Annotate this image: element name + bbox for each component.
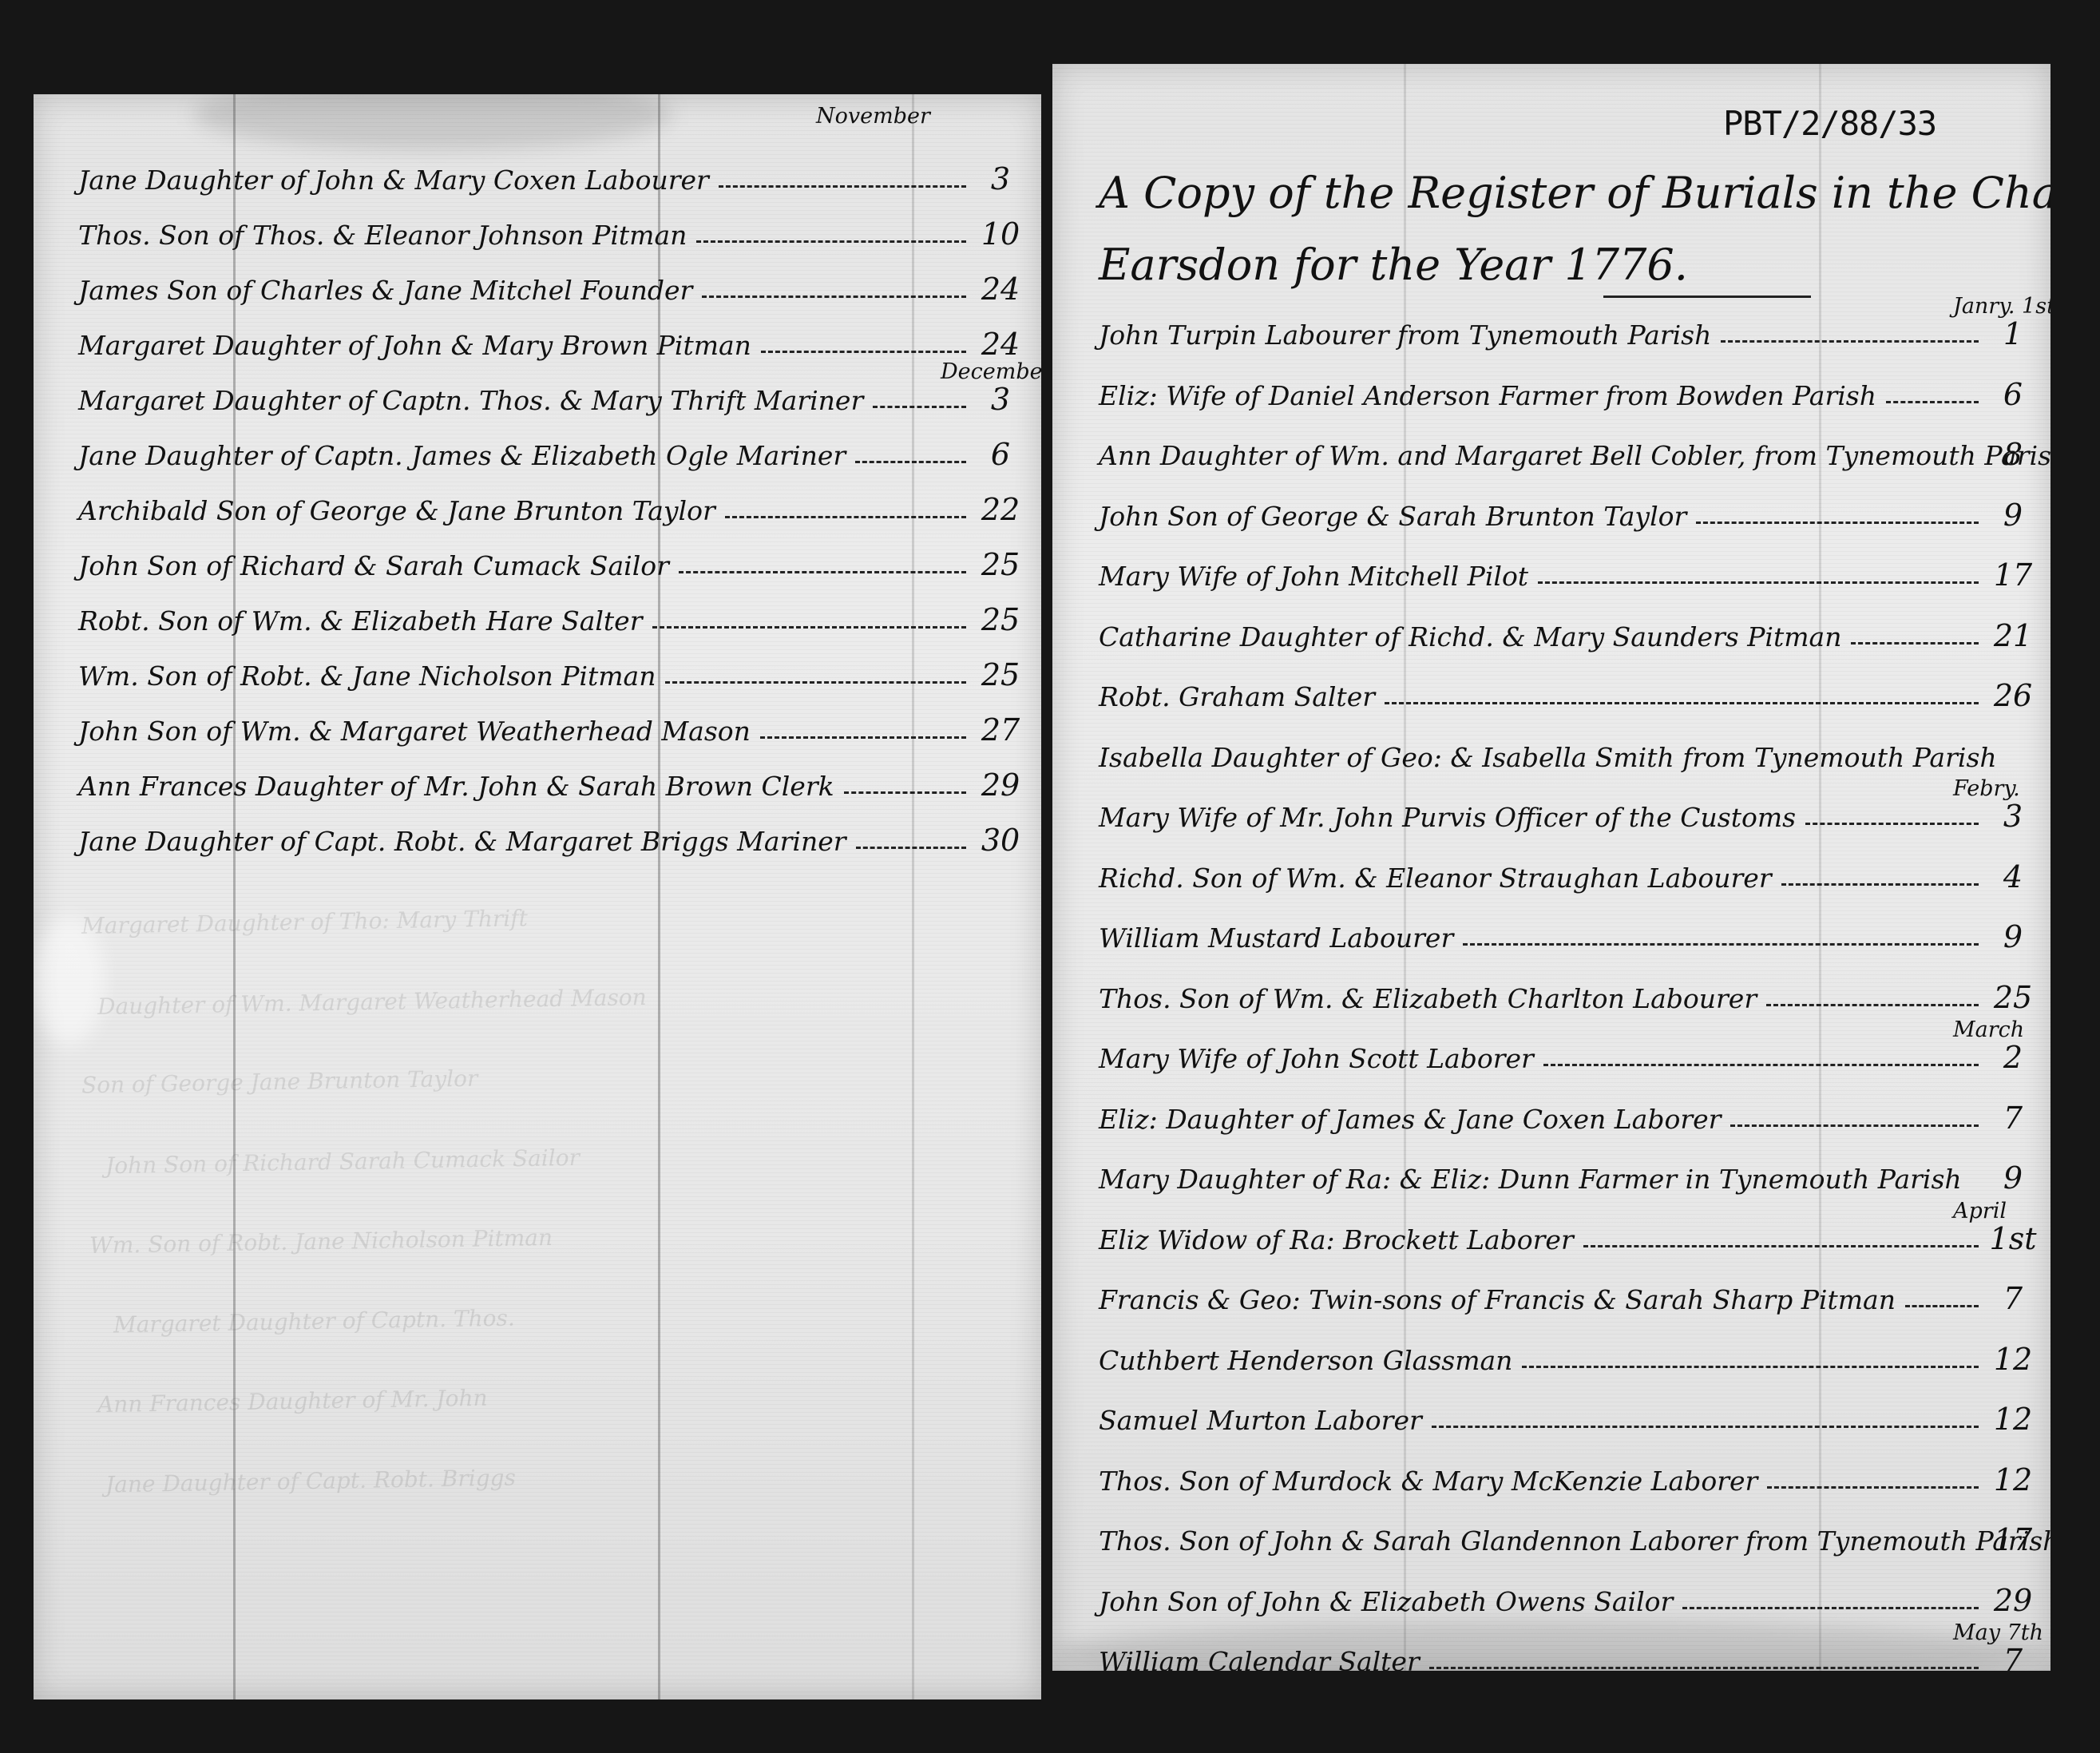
- entry-day: 17: [1985, 1522, 2041, 1557]
- dash-leader: [1463, 943, 1979, 946]
- entry-name-text: Wm. Son of Robt. & Jane Nicholson Pitman: [78, 660, 656, 692]
- dash-leader: [1696, 522, 1979, 524]
- entry-name-text: Eliz: Wife of Daniel Anderson Farmer fro…: [1099, 380, 1876, 411]
- dash-leader: [696, 240, 966, 243]
- entry-day: 4: [1985, 859, 2041, 894]
- entry-day: 6: [1985, 377, 2041, 412]
- title-flourish: [1603, 295, 1811, 298]
- dash-leader: [761, 351, 966, 353]
- dash-leader: [1766, 1004, 1979, 1006]
- register-entry: Jane Daughter of Capt. Robt. & Margaret …: [78, 818, 1036, 866]
- dash-leader: [1781, 883, 1979, 886]
- dash-leader: [1886, 401, 1979, 403]
- entry-day: 9: [1985, 498, 2041, 533]
- bleed-through-text: Son of George Jane Brunton Taylor: [81, 1065, 478, 1099]
- register-entry: Thos. Son of Wm. & Elizabeth Charlton La…: [1099, 975, 2049, 1023]
- entry-name-text: Robt. Graham Salter: [1099, 681, 1375, 712]
- dash-leader: [702, 295, 966, 298]
- entry-day: 10: [973, 216, 1028, 252]
- entry-day: 2: [1985, 1040, 2041, 1075]
- entry-day: 7: [1985, 1281, 2041, 1316]
- entry-name-text: Ann Frances Daughter of Mr. John & Sarah…: [78, 771, 834, 802]
- entry-day: 9: [1985, 919, 2041, 954]
- entry-name-text: Robt. Son of Wm. & Elizabeth Hare Salter: [78, 605, 643, 637]
- entry-name-text: Thos. Son of Murdock & Mary McKenzie Lab…: [1099, 1465, 1757, 1497]
- register-entry: John Son of George & Sarah Brunton Taylo…: [1099, 493, 2049, 541]
- entry-day: 12: [1985, 1402, 2041, 1437]
- entry-name-text: Cuthbert Henderson Glassman: [1099, 1345, 1512, 1376]
- register-entry: John Son of John & Elizabeth Owens Sailo…: [1099, 1578, 2049, 1626]
- entry-day: 6: [973, 437, 1028, 472]
- register-entry: Eliz: Daughter of James & Jane Coxen Lab…: [1099, 1096, 2049, 1144]
- register-entry: John Turpin Labourer from Tynemouth Pari…: [1099, 311, 2049, 359]
- entry-day: 17: [1985, 557, 2041, 593]
- register-entry: Ann Frances Daughter of Mr. John & Sarah…: [78, 763, 1036, 811]
- register-entry: Mary Wife of Mr. John Purvis Officer of …: [1099, 794, 2049, 842]
- register-entry: Robt. Graham Salter26: [1099, 673, 2049, 721]
- register-entry: John Son of Richard & Sarah Cumack Sailo…: [78, 542, 1036, 590]
- register-entry: Margaret Daughter of Captn. Thos. & Mary…: [78, 377, 1036, 425]
- right-page: PBT/2/88/33 A Copy of the Register of Bu…: [1052, 64, 2050, 1671]
- dash-leader: [1522, 1366, 1979, 1368]
- register-entry: Thos. Son of John & Sarah Glandennon Lab…: [1099, 1517, 2049, 1565]
- entry-name-text: Mary Wife of Mr. John Purvis Officer of …: [1099, 802, 1796, 833]
- register-entry: Jane Daughter of John & Mary Coxen Labou…: [78, 157, 1036, 204]
- entry-day: 29: [1985, 1583, 2041, 1618]
- entry-name-text: John Son of John & Elizabeth Owens Sailo…: [1099, 1586, 1673, 1617]
- entry-day: 9: [1985, 1160, 2041, 1196]
- dash-leader: [665, 681, 966, 684]
- entry-day: 8: [1985, 437, 2041, 472]
- register-entry: Thos. Son of Murdock & Mary McKenzie Lab…: [1099, 1458, 2049, 1505]
- entry-name-text: Margaret Daughter of John & Mary Brown P…: [78, 330, 751, 361]
- dash-leader: [1767, 1486, 1979, 1489]
- register-entry: Thos. Son of Thos. & Eleanor Johnson Pit…: [78, 212, 1036, 260]
- dash-leader: [719, 185, 966, 188]
- dash-leader: [1543, 1064, 1979, 1066]
- month-marker: December: [941, 359, 1041, 384]
- entry-day: 1st: [1985, 1221, 2041, 1256]
- entry-day: 30: [973, 823, 1028, 858]
- entry-name-text: Francis & Geo: Twin-sons of Francis & Sa…: [1099, 1284, 1896, 1315]
- entry-name-text: Isabella Daughter of Geo: & Isabella Smi…: [1099, 742, 1997, 773]
- entry-name-text: Ann Daughter of Wm. and Margaret Bell Co…: [1099, 440, 2050, 471]
- entry-day: 25: [1985, 980, 2041, 1015]
- dash-leader: [855, 461, 966, 463]
- entry-name-text: Jane Daughter of Captn. James & Elizabet…: [78, 440, 846, 471]
- register-entry: Eliz: Wife of Daniel Anderson Farmer fro…: [1099, 372, 2049, 420]
- entry-day: 25: [973, 602, 1028, 637]
- dash-leader: [1682, 1607, 1979, 1609]
- dash-leader: [873, 406, 966, 408]
- bleed-through-text: Margaret Daughter of Captn. Thos.: [113, 1305, 515, 1339]
- entry-day: 7: [1985, 1101, 2041, 1136]
- dash-leader: [1730, 1124, 1979, 1127]
- entry-name-text: Mary Wife of John Mitchell Pilot: [1099, 561, 1528, 592]
- entry-name-text: Margaret Daughter of Captn. Thos. & Mary…: [78, 385, 863, 416]
- bleed-through-text: Daughter of Wm. Margaret Weatherhead Mas…: [97, 984, 647, 1020]
- month-marker: Febry.: [1953, 776, 2020, 801]
- left-page: November Margaret Daughter of Tho: Mary …: [34, 94, 1041, 1699]
- dash-leader: [1905, 1305, 1979, 1307]
- register-entry: William Mustard Labourer9: [1099, 914, 2049, 962]
- water-stain: [193, 94, 672, 150]
- register-title-line-2: Earsdon for the Year 1776.: [1099, 240, 1688, 290]
- entry-day: 21: [1985, 618, 2041, 653]
- register-entry: Samuel Murton Laborer12: [1099, 1397, 2049, 1445]
- entry-name-text: John Turpin Labourer from Tynemouth Pari…: [1099, 319, 1711, 351]
- register-entry: Ann Daughter of Wm. and Margaret Bell Co…: [1099, 432, 2049, 480]
- register-entry: William Calendar Salter7: [1099, 1638, 2049, 1671]
- register-entry: Mary Wife of John Mitchell Pilot17: [1099, 553, 2049, 601]
- entry-day: 3: [1985, 799, 2041, 834]
- archive-reference-number: PBT/2/88/33: [1723, 104, 1936, 143]
- register-entry: James Son of Charles & Jane Mitchel Foun…: [78, 267, 1036, 315]
- entry-day: 12: [1985, 1462, 2041, 1497]
- dash-leader: [760, 736, 966, 739]
- register-entry: Margaret Daughter of John & Mary Brown P…: [78, 322, 1036, 370]
- entry-day: 12: [1985, 1342, 2041, 1377]
- month-marker: March: [1953, 1017, 2024, 1042]
- dash-leader: [1432, 1426, 1979, 1428]
- entry-day: 27: [973, 712, 1028, 748]
- bleed-through-text: Margaret Daughter of Tho: Mary Thrift: [81, 905, 528, 939]
- bleed-through-text: Wm. Son of Robt. Jane Nicholson Pitman: [89, 1224, 553, 1259]
- entry-day: 25: [973, 657, 1028, 692]
- register-entry: Wm. Son of Robt. & Jane Nicholson Pitman…: [78, 652, 1036, 700]
- month-marker: April: [1953, 1199, 2007, 1224]
- register-entry: Catharine Daughter of Richd. & Mary Saun…: [1099, 613, 2049, 661]
- entry-name-text: Jane Daughter of Capt. Robt. & Margaret …: [78, 826, 846, 857]
- register-entry: Mary Wife of John Scott Laborer2: [1099, 1035, 2049, 1083]
- entry-day: 3: [973, 382, 1028, 417]
- entry-name-text: John Son of Richard & Sarah Cumack Sailo…: [78, 550, 669, 581]
- entry-name-text: Samuel Murton Laborer: [1099, 1405, 1422, 1436]
- register-entry: Mary Daughter of Ra: & Eliz: Dunn Farmer…: [1099, 1156, 2049, 1204]
- month-header-november: November: [816, 104, 930, 129]
- entry-day: 1: [1985, 316, 2041, 351]
- bleed-through-text: John Son of Richard Sarah Cumack Sailor: [105, 1144, 580, 1179]
- dash-leader: [1583, 1245, 1979, 1247]
- entry-name-text: Eliz Widow of Ra: Brockett Laborer: [1099, 1224, 1574, 1255]
- entry-name-text: Mary Daughter of Ra: & Eliz: Dunn Farmer…: [1099, 1164, 1962, 1195]
- register-entry: Richd. Son of Wm. & Eleanor Straughan La…: [1099, 855, 2049, 902]
- dash-leader: [679, 571, 966, 573]
- dash-leader: [725, 516, 966, 518]
- entry-name-text: Thos. Son of Thos. & Eleanor Johnson Pit…: [78, 220, 687, 251]
- dash-leader: [652, 626, 967, 629]
- register-entry: Cuthbert Henderson Glassman12: [1099, 1337, 2049, 1385]
- entry-day: 24: [973, 272, 1028, 307]
- entry-day: 24: [973, 327, 1028, 362]
- entry-name-text: William Mustard Labourer: [1099, 922, 1453, 954]
- entry-name-text: John Son of Wm. & Margaret Weatherhead M…: [78, 716, 751, 747]
- register-entry: John Son of Wm. & Margaret Weatherhead M…: [78, 708, 1036, 756]
- entry-name-text: William Calendar Salter: [1099, 1646, 1420, 1671]
- dash-leader: [1429, 1667, 1979, 1669]
- dash-leader: [1385, 702, 1979, 704]
- entry-name-text: James Son of Charles & Jane Mitchel Foun…: [78, 275, 692, 306]
- dash-leader: [844, 791, 966, 794]
- month-marker: May 7th: [1953, 1620, 2043, 1645]
- entry-day: 26: [1985, 678, 2041, 713]
- entry-day: 29: [973, 767, 1028, 803]
- bleed-through-text: Ann Frances Daughter of Mr. John: [97, 1385, 488, 1418]
- entry-day: 7: [1985, 1643, 2041, 1671]
- entry-name-text: Mary Wife of John Scott Laborer: [1099, 1043, 1534, 1074]
- month-marker: Janry. 1st: [1953, 294, 2050, 319]
- register-title-line-1: A Copy of the Register of Burials in the…: [1099, 168, 2050, 218]
- entry-name-text: Thos. Son of Wm. & Elizabeth Charlton La…: [1099, 983, 1757, 1014]
- dash-leader: [1721, 340, 1979, 343]
- entry-name-text: Richd. Son of Wm. & Eleanor Straughan La…: [1099, 863, 1772, 894]
- entry-name-text: Eliz: Daughter of James & Jane Coxen Lab…: [1099, 1104, 1721, 1135]
- entry-day: 3: [973, 161, 1028, 196]
- register-entry: Jane Daughter of Captn. James & Elizabet…: [78, 432, 1036, 480]
- dash-leader: [1805, 823, 1979, 825]
- dash-leader: [856, 847, 967, 849]
- register-entry: Robt. Son of Wm. & Elizabeth Hare Salter…: [78, 597, 1036, 645]
- entry-day: 25: [973, 547, 1028, 582]
- entry-name-text: John Son of George & Sarah Brunton Taylo…: [1099, 501, 1686, 532]
- register-entry: Francis & Geo: Twin-sons of Francis & Sa…: [1099, 1276, 2049, 1324]
- register-entry: Archibald Son of George & Jane Brunton T…: [78, 487, 1036, 535]
- dash-leader: [1851, 642, 1979, 644]
- entry-name-text: Thos. Son of John & Sarah Glandennon Lab…: [1099, 1525, 2050, 1557]
- entry-day: 22: [973, 492, 1028, 527]
- entry-name-text: Catharine Daughter of Richd. & Mary Saun…: [1099, 621, 1841, 652]
- register-entry: Isabella Daughter of Geo: & Isabella Smi…: [1099, 734, 2049, 782]
- dash-leader: [1538, 581, 1979, 584]
- bleed-through-text: Jane Daughter of Capt. Robt. Briggs: [105, 1465, 516, 1498]
- register-entry: Eliz Widow of Ra: Brockett Laborer1st: [1099, 1216, 2049, 1264]
- entry-name-text: Archibald Son of George & Jane Brunton T…: [78, 495, 715, 526]
- entry-name-text: Jane Daughter of John & Mary Coxen Labou…: [78, 165, 709, 196]
